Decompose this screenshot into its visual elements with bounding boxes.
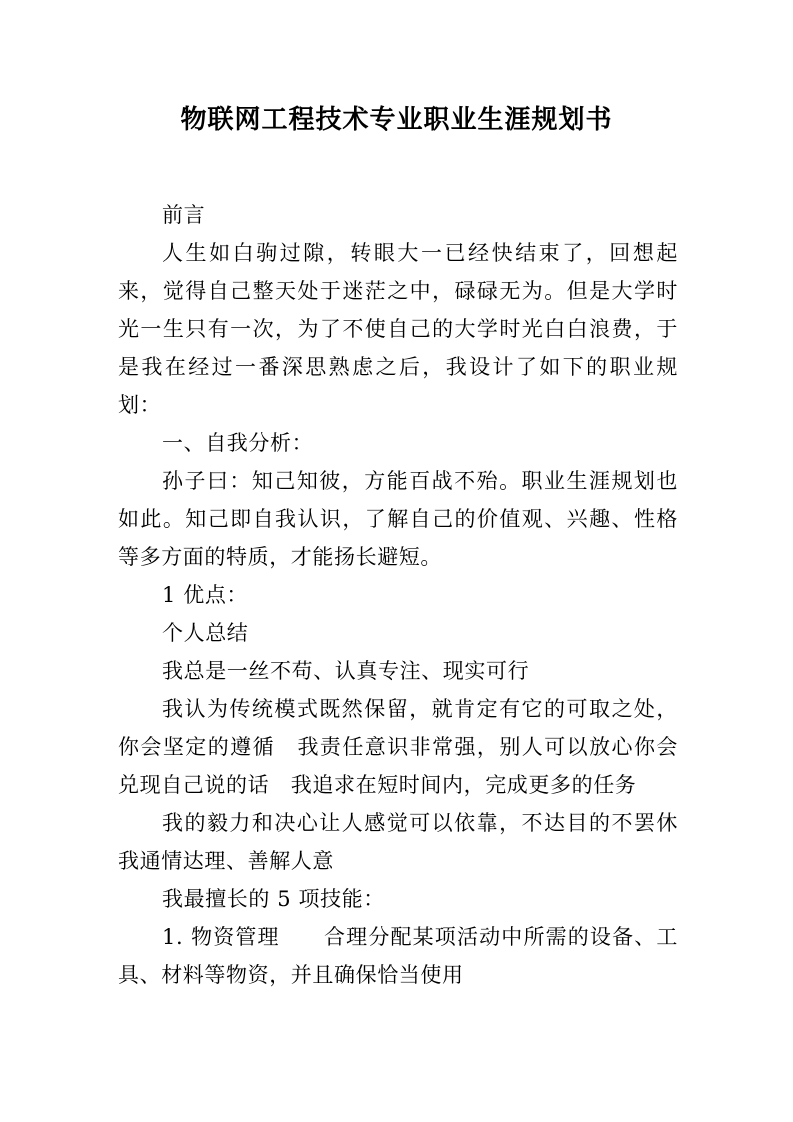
list-item-skill: 1. 物资管理 合理分配某项活动中所需的设备、工具、材料等物资，并且确保恰当使用 <box>118 918 678 994</box>
paragraph: 人生如白驹过隙，转眼大一已经快结束了，回想起来，觉得自己整天处于迷茫之中，碌碌无… <box>118 234 678 424</box>
paragraph: 孙子曰：知己知彼，方能百战不殆。职业生涯规划也如此。知己即自我认识，了解自己的价… <box>118 462 678 576</box>
section-heading-preface: 前言 <box>118 196 678 234</box>
document-title: 物联网工程技术专业职业生涯规划书 <box>0 100 793 140</box>
document-body: 前言 人生如白驹过隙，转眼大一已经快结束了，回想起来，觉得自己整天处于迷茫之中，… <box>118 196 678 994</box>
subheading-skills: 我最擅长的 5 项技能： <box>118 880 678 918</box>
subheading-personal-summary: 个人总结 <box>118 614 678 652</box>
paragraph: 我认为传统模式既然保留，就肯定有它的可取之处，你会坚定的遵循 我责任意识非常强，… <box>118 690 678 804</box>
paragraph: 我的毅力和决心让人感觉可以依靠，不达目的不罢休我通情达理、善解人意 <box>118 804 678 880</box>
section-heading-self-analysis: 一、自我分析： <box>118 424 678 462</box>
paragraph: 我总是一丝不苟、认真专注、现实可行 <box>118 652 678 690</box>
subheading-strengths: 1 优点： <box>118 576 678 614</box>
